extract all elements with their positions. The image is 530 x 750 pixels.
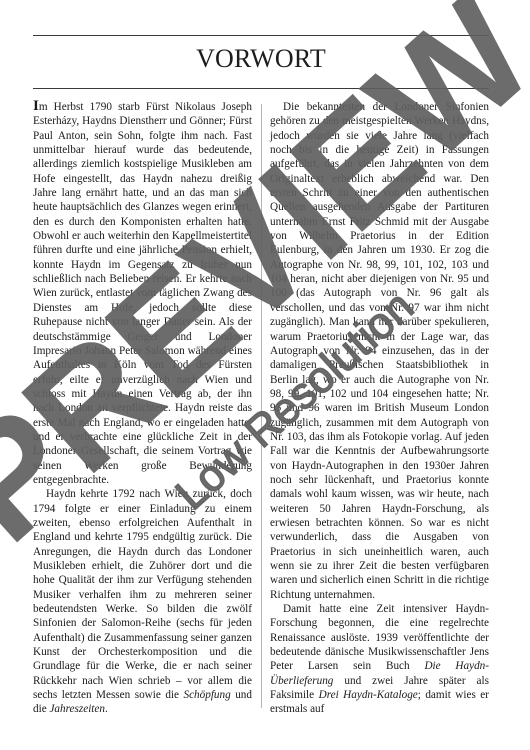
book-title: Drei Haydn-Kataloge <box>319 689 418 701</box>
paragraph-text: Haydn kehrte 1792 nach Wien zurück, doch… <box>33 488 252 701</box>
paragraph: Damit hatte eine Zeit intensiver Haydn-F… <box>270 602 489 717</box>
left-column: Im Herbst 1790 starb Fürst Nikolaus Jose… <box>33 100 252 717</box>
right-column: Die bekanntesten der Londoner Sinfonien … <box>270 100 489 717</box>
page-title: VORWORT <box>33 44 489 74</box>
column-divider <box>261 104 262 708</box>
paragraph: Haydn kehrte 1792 nach Wien zurück, doch… <box>33 487 252 717</box>
paragraph: Die bekanntesten der Londoner Sinfonien … <box>270 100 489 602</box>
top-rule <box>33 35 489 36</box>
paragraph-text: m Herbst 1790 starb Fürst Nikolaus Josep… <box>33 101 252 486</box>
work-title: Jahreszeiten <box>49 703 105 715</box>
paragraph: Im Herbst 1790 starb Fürst Nikolaus Jose… <box>33 100 252 487</box>
work-title: Schöpfung <box>183 689 230 701</box>
title-rule <box>33 88 489 89</box>
paragraph-text: . <box>105 703 108 715</box>
paragraph-text: Die bekanntesten der Londoner Sinfonien … <box>270 101 489 601</box>
